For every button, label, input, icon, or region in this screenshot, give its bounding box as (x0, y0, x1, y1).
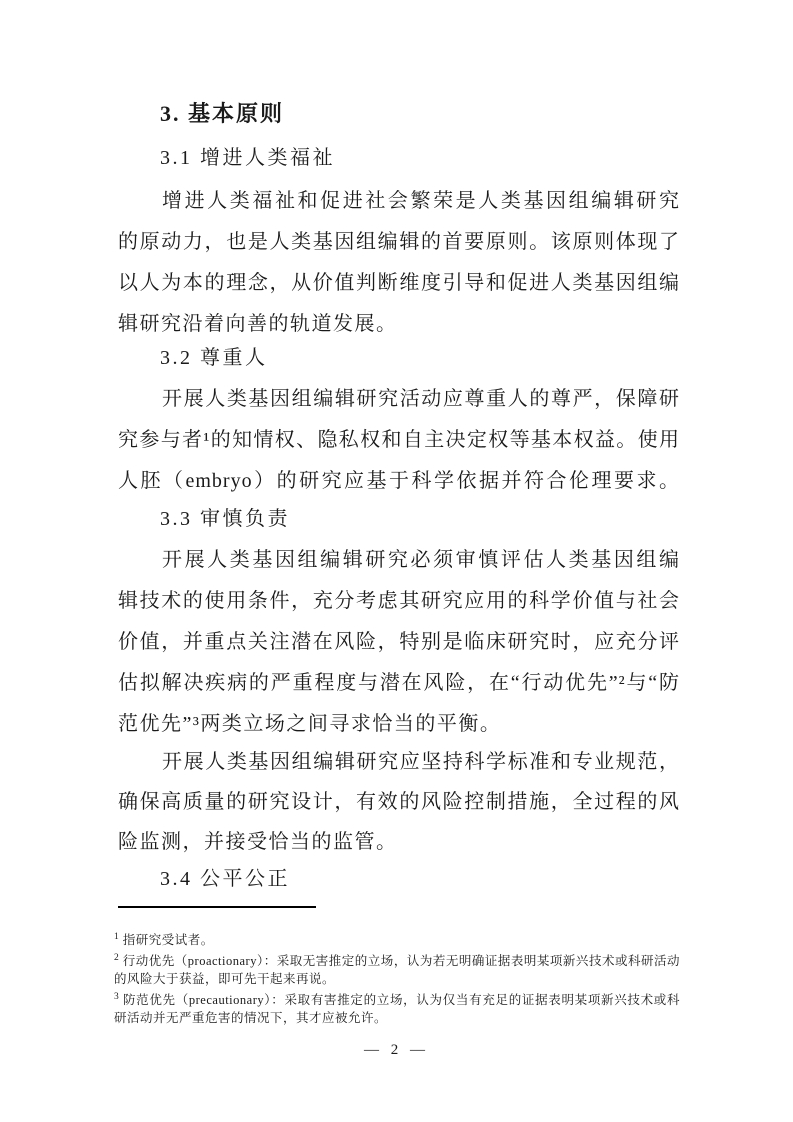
subsection-title-3-2: 3.2 尊重人 (118, 337, 680, 379)
footnote-text: 防范优先（precautionary）：采取有害推定的立场，认为仅当有充足的证据… (114, 993, 680, 1025)
page-number: — 2 — (0, 1040, 793, 1060)
footnote-marker: 2 (114, 953, 119, 963)
paragraph-line: 辑技术的使用条件，充分考虑其研究应用的科学价值与社会 (118, 581, 680, 622)
footnote-marker: 1 (114, 932, 119, 942)
footnote-separator-rule (118, 906, 316, 908)
footnote-1: 1指研究受试者。 (114, 928, 680, 949)
footnote-text: 指研究受试者。 (123, 933, 214, 947)
paragraph-line: 增进人类福祉和促进社会繁荣是人类基因组编辑研究 (118, 181, 680, 222)
paragraph-line: 确保高质量的研究设计，有效的风险控制措施，全过程的风 (118, 782, 680, 822)
paragraph-line: 的原动力，也是人类基因组编辑的首要原则。该原则体现了 (118, 222, 680, 263)
subsection-title-3-4: 3.4 公平公正 (118, 858, 680, 900)
paragraph-line: 以人为本的理念，从价值判断维度引导和促进人类基因组编 (118, 263, 680, 304)
paragraph-3-2: 开展人类基因组编辑研究活动应尊重人的尊严，保障研 究参与者¹的知情权、隐私权和自… (118, 379, 680, 502)
section-heading: 3. 基本原则 (118, 93, 680, 135)
paragraph-line: 开展人类基因组编辑研究应坚持科学标准和专业规范， (118, 742, 680, 782)
footnote-2: 2行动优先（proactionary）：采取无害推定的立场，认为若无明确证据表明… (114, 949, 680, 988)
paragraph-line: 开展人类基因组编辑研究必须审慎评估人类基因组编 (118, 540, 680, 581)
paragraph-line: 范优先”³两类立场之间寻求恰当的平衡。 (118, 704, 680, 745)
paragraph-line: 价值，并重点关注潜在风险，特别是临床研究时，应充分评 (118, 622, 680, 663)
paragraph-3-3-a: 开展人类基因组编辑研究必须审慎评估人类基因组编 辑技术的使用条件，充分考虑其研究… (118, 540, 680, 745)
paragraph-line: 估拟解决疾病的严重程度与潜在风险，在“行动优先”²与“防 (118, 663, 680, 704)
paragraph-3-3-b: 开展人类基因组编辑研究应坚持科学标准和专业规范， 确保高质量的研究设计，有效的风… (118, 742, 680, 862)
footnote-text: 行动优先（proactionary）：采取无害推定的立场，认为若无明确证据表明某… (114, 954, 680, 986)
footnote-3: 3防范优先（precautionary）：采取有害推定的立场，认为仅当有充足的证… (114, 988, 680, 1027)
paragraph-line: 开展人类基因组编辑研究活动应尊重人的尊严，保障研 (118, 379, 680, 420)
paragraph-line: 究参与者¹的知情权、隐私权和自主决定权等基本权益。使用 (118, 420, 680, 461)
footnote-marker: 3 (114, 992, 119, 1002)
footnotes-area: 1指研究受试者。 2行动优先（proactionary）：采取无害推定的立场，认… (114, 928, 680, 1027)
subsection-title-3-1: 3.1 增进人类福祉 (118, 137, 680, 179)
paragraph-line: 险监测，并接受恰当的监管。 (118, 822, 680, 862)
paragraph-line: 人胚（embryo）的研究应基于科学依据并符合伦理要求。 (118, 461, 680, 502)
paragraph-3-1: 增进人类福祉和促进社会繁荣是人类基因组编辑研究 的原动力，也是人类基因组编辑的首… (118, 181, 680, 345)
subsection-title-3-3: 3.3 审慎负责 (118, 498, 680, 540)
document-page: 3. 基本原则 3.1 增进人类福祉 增进人类福祉和促进社会繁荣是人类基因组编辑… (0, 0, 793, 1122)
